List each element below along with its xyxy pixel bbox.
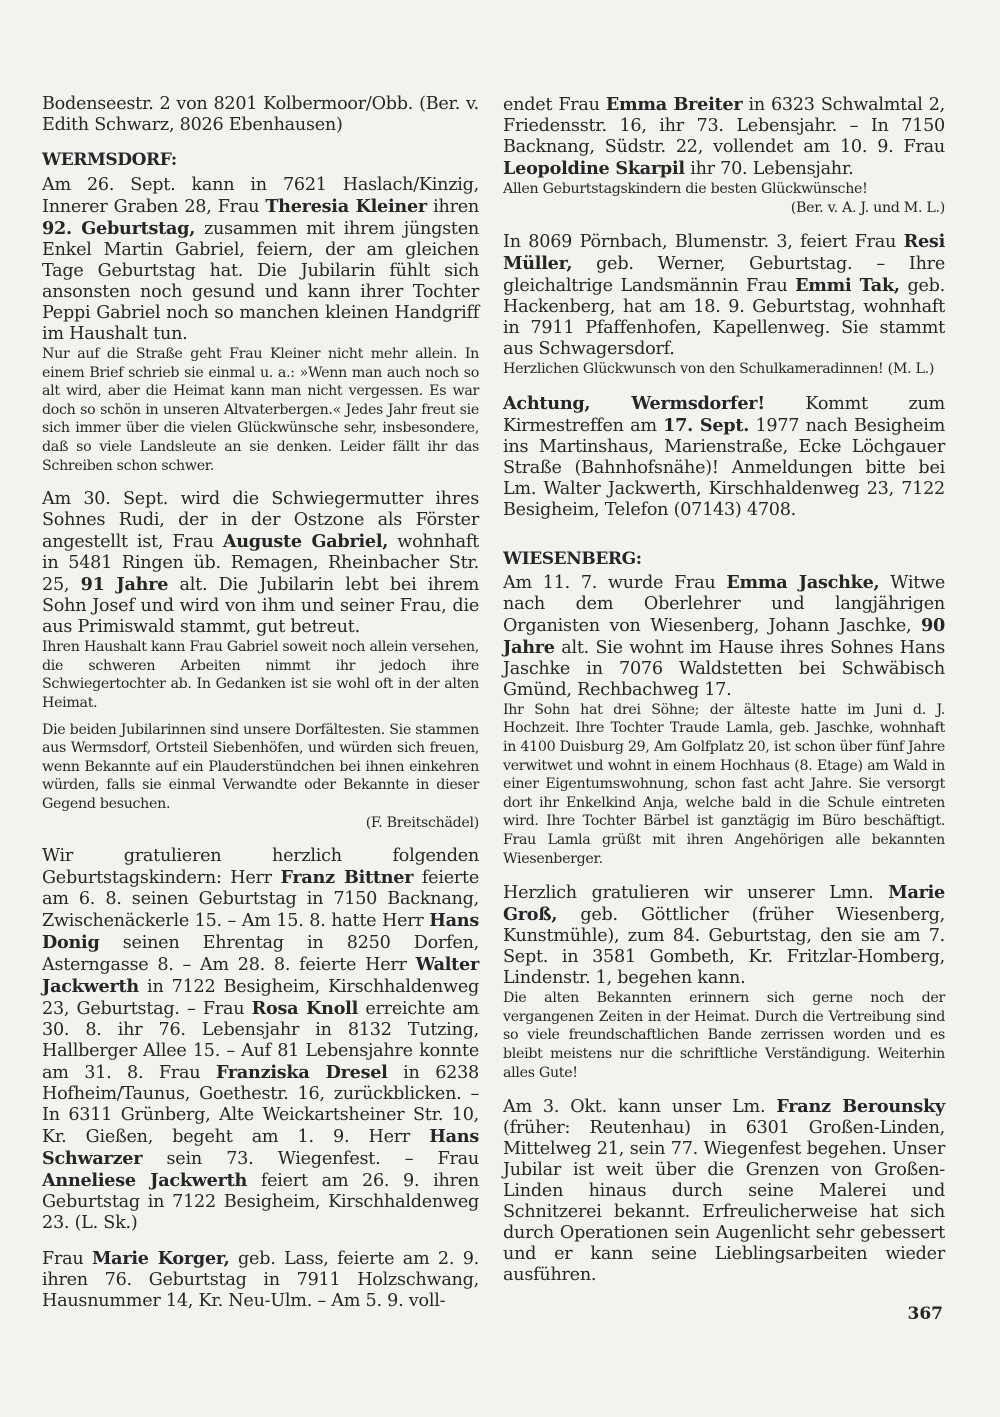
small-paragraph-old-acquaintances: Die alten Bekannten erinnern sich gerne …	[503, 989, 945, 1082]
text-run: sein 73. Wiegenfest. – Frau	[142, 1149, 479, 1169]
right-column: endet Frau Emma Breiter in 6323 Schwalmt…	[503, 94, 945, 1286]
text-run: alt. Sie wohnt im Hause ihres Sohnes Han…	[503, 638, 945, 700]
person-name: Anneliese Jackwerth	[42, 1170, 247, 1191]
person-name: Emmi Tak,	[795, 275, 900, 296]
person-name: Franz Bittner	[280, 867, 413, 888]
paragraph-emma-jaschke: Am 11. 7. wurde Frau Emma Jaschke, Witwe…	[503, 572, 945, 701]
small-paragraph-greetings: Allen Geburtstagskindern die besten Glüc…	[503, 180, 945, 199]
paragraph-marie-korger: Frau Marie Korger, geb. Lass, feierte am…	[42, 1248, 479, 1312]
person-name: Rosa Knoll	[252, 998, 358, 1019]
intro-text: Bodenseestr. 2 von 8201 Kolbermoor/Obb. …	[42, 94, 479, 135]
page-number: 367	[908, 1304, 944, 1324]
small-paragraph-kleiner-letter: Nur auf die Straße geht Frau Kleiner nic…	[42, 345, 479, 475]
paragraph-auguste-gabriel: Am 30. Sept. wird die Schwiegermutter ih…	[42, 489, 479, 638]
text-run: Am 11. 7. wurde Frau	[503, 573, 726, 593]
announcement-title: Achtung, Wermsdorfer!	[503, 393, 765, 414]
paragraph-emma-breiter: endet Frau Emma Breiter in 6323 Schwalmt…	[503, 94, 945, 180]
text-run: endet Frau	[503, 95, 606, 115]
credit-breitschaedel: (F. Breitschädel)	[42, 814, 479, 833]
small-paragraph-schulkameradinnen: Herzlichen Glückwunsch von den Schulkame…	[503, 360, 945, 379]
paragraph-franz-berounsky: Am 3. Okt. kann unser Lm. Franz Berounsk…	[503, 1096, 945, 1286]
person-name: Marie Korger,	[92, 1248, 230, 1269]
small-paragraph-jaschke-family: Ihr Sohn hat drei Söhne; der älteste hat…	[503, 701, 945, 868]
paragraph-theresia-kleiner: Am 26. Sept. kann in 7621 Haslach/Kinzig…	[42, 175, 479, 345]
person-name: Franziska Dresel	[216, 1062, 388, 1083]
left-column: Bodenseestr. 2 von 8201 Kolbermoor/Obb. …	[42, 94, 479, 1312]
paragraph-resi-mueller: In 8069 Pörnbach, Blumenstr. 3, feiert F…	[503, 231, 945, 360]
person-name: Franz Berounsky	[776, 1096, 945, 1117]
text-run: Am 3. Okt. kann unser Lm.	[503, 1097, 776, 1117]
text-run: (früher: Reutenhau) in 6301 Großen-Linde…	[503, 1118, 945, 1285]
person-name: Theresia Kleiner	[265, 196, 427, 217]
text-run: seinen Ehrentag in 8250 Dorfen, Asternga…	[42, 933, 479, 975]
text-run: geb. Göttlicher (früher Wiesenberg, Kuns…	[503, 905, 945, 988]
person-name: Emma Jaschke,	[726, 572, 879, 593]
section-heading-wiesenberg: WIESENBERG:	[503, 549, 945, 570]
emphasis: 91 Jahre	[81, 574, 169, 595]
paragraph-kirmestreffen: Achtung, Wermsdorfer! Kommt zum Kirmestr…	[503, 393, 945, 521]
small-paragraph-gabriel-household: Ihren Haushalt kann Frau Gabriel soweit …	[42, 638, 479, 712]
paragraph-birthday-list: Wir gratulieren herzlich folgenden Gebur…	[42, 846, 479, 1234]
event-date: 17. Sept.	[663, 415, 749, 436]
emphasis: 92. Geburtstag,	[42, 218, 195, 239]
intro-paragraph: Bodenseestr. 2 von 8201 Kolbermoor/Obb. …	[42, 94, 479, 136]
person-name: Auguste Gabriel,	[223, 531, 388, 552]
credit-aj-ml: (Ber. v. A. J. und M. L.)	[503, 199, 945, 218]
paragraph-marie-gross: Herzlich gratulieren wir unserer Lmn. Ma…	[503, 882, 945, 989]
person-name: Emma Breiter	[606, 94, 743, 115]
text-run: Frau	[42, 1249, 92, 1269]
section-heading-wermsdorf: WERMSDORF:	[42, 150, 479, 171]
text-run: ihr 70. Lebensjahr.	[685, 159, 854, 179]
document-page: Bodenseestr. 2 von 8201 Kolbermoor/Obb. …	[0, 0, 1000, 1417]
text-run: Herzlich gratulieren wir unserer Lmn.	[503, 883, 888, 903]
text-run: ihren	[427, 197, 479, 217]
text-run: In 8069 Pörnbach, Blumenstr. 3, feiert F…	[503, 232, 904, 252]
person-name: Leopoldine Skarpil	[503, 158, 685, 179]
small-paragraph-jubilarinnen: Die beiden Jubilarinnen sind unsere Dorf…	[42, 721, 479, 814]
